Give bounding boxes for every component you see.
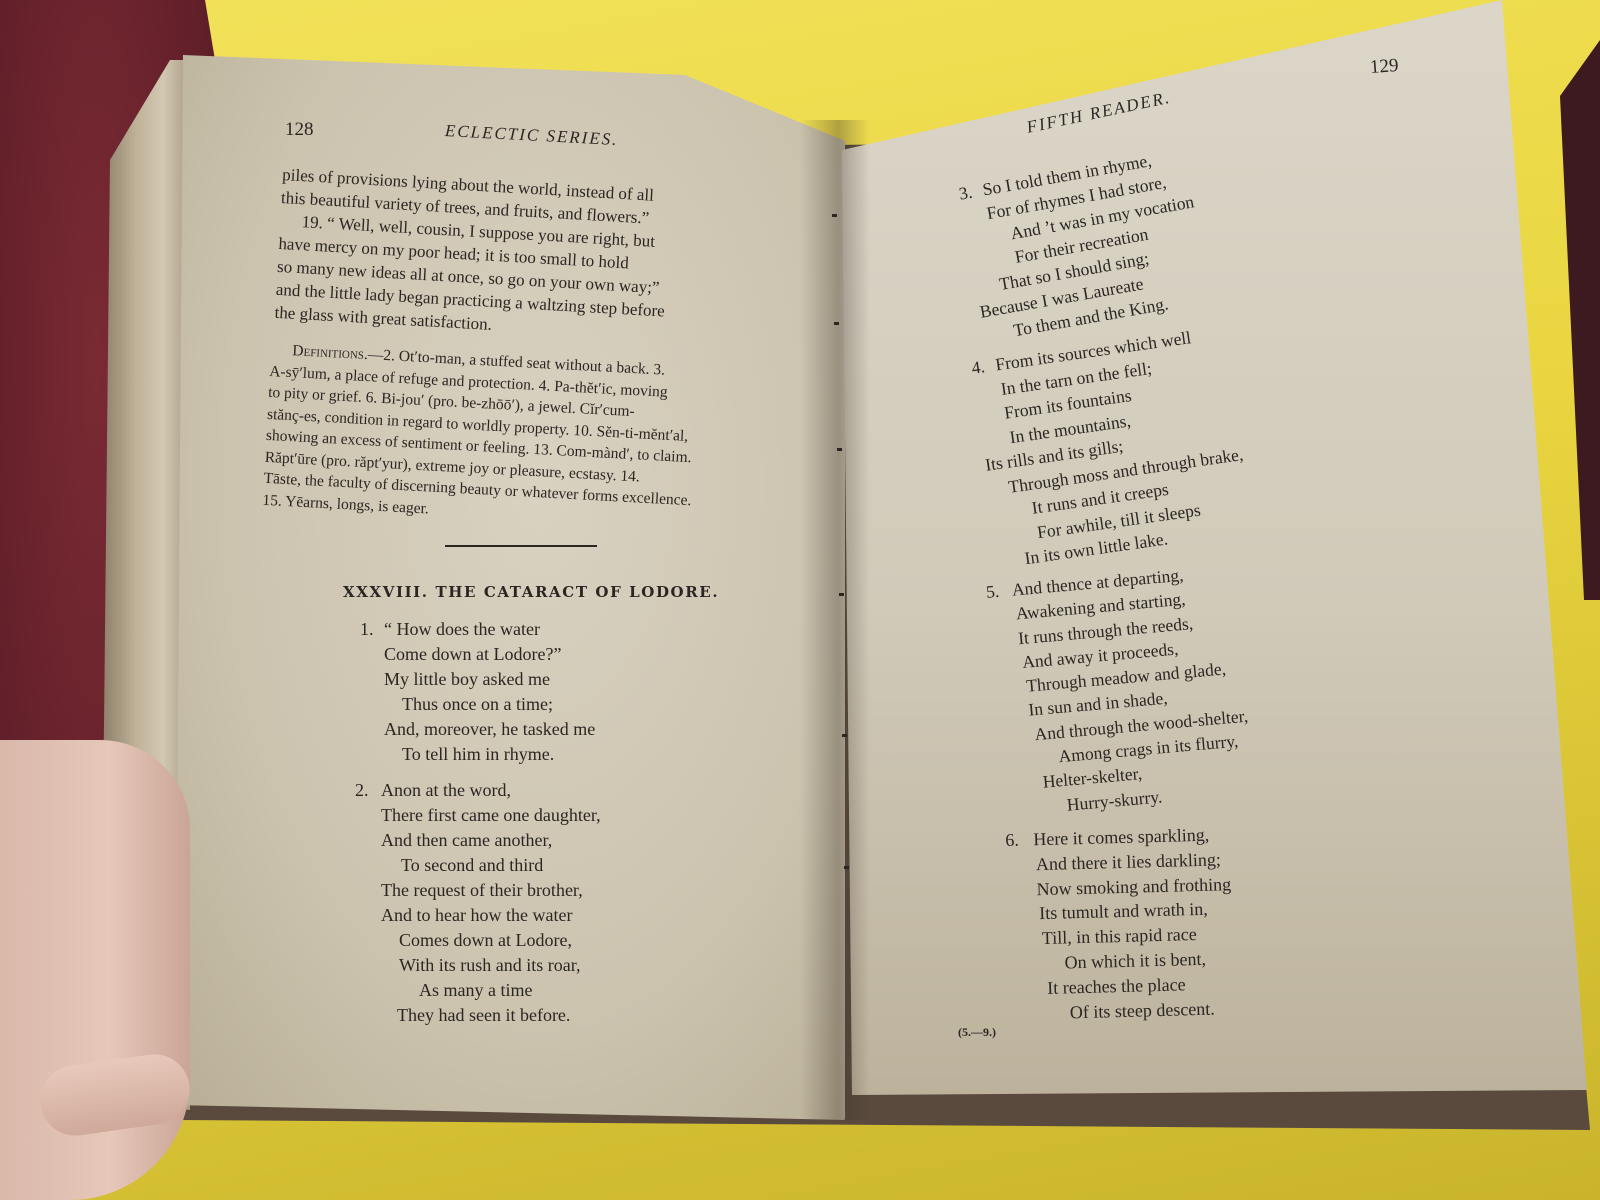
stanza-1: 1.“ How does the water Come down at Lodo…: [360, 617, 595, 767]
lesson-title: XXXVIII. THE CATARACT OF LODORE.: [343, 583, 719, 601]
stanza-3: 3.So I told them in rhyme, For of rhymes…: [957, 142, 1213, 347]
verse-line: They had seen it before.: [355, 1003, 601, 1028]
verse-line: Come down at Lodore?”: [360, 642, 595, 667]
verse-line: And then came another,: [355, 828, 601, 853]
verse-line: And to hear how the water: [355, 903, 601, 928]
verse-line: Anon at the word,: [381, 780, 511, 800]
stanza-2: 2.Anon at the word, There first came one…: [355, 778, 601, 1028]
verse-line: Here it comes sparkling,: [1033, 825, 1209, 850]
binding-stitch: [834, 322, 839, 325]
running-head: ECLECTIC SERIES.: [444, 121, 618, 150]
verse-line: To tell him in rhyme.: [360, 742, 595, 767]
binding-stitch: [844, 866, 849, 869]
definitions-label: Definitions.: [292, 342, 368, 363]
stanza-number: 2.: [355, 778, 381, 803]
binding-stitch: [839, 593, 844, 596]
verse-line: As many a time: [355, 978, 601, 1003]
stanza-number: 6.: [1005, 827, 1034, 853]
verse-line: Of its steep descent.: [1010, 996, 1235, 1027]
verse-line: Thus once on a time;: [360, 692, 595, 717]
book-gutter: [800, 120, 870, 1120]
binding-stitch: [842, 734, 847, 737]
verse-line: My little boy asked me: [360, 667, 595, 692]
binding-stitch: [832, 214, 837, 217]
binding-stitch: [837, 448, 842, 451]
prose-block: piles of provisions lying about the worl…: [274, 163, 672, 345]
definitions-block: Definitions.—2. Ot′to-man, a stuffed sea…: [262, 339, 699, 533]
signature-mark: (5.—9.): [958, 1025, 996, 1040]
verse-line: There first came one daughter,: [355, 803, 601, 828]
stanza-4: 4.From its sources which well In the tar…: [970, 320, 1255, 574]
right-page: 129 FIFTH READER. 3.So I told them in rh…: [842, 0, 1587, 1100]
verse-line: The request of their brother,: [355, 878, 601, 903]
stanza-number: 1.: [360, 617, 384, 642]
verse-line: With its rush and its roar,: [355, 953, 601, 978]
stanza-number: 5.: [985, 578, 1013, 604]
page-number: 129: [1369, 55, 1399, 79]
stanza-5: 5.And thence at departing, Awakening and…: [985, 558, 1255, 822]
left-page: 128 ECLECTIC SERIES. piles of provisions…: [165, 55, 845, 1125]
section-divider: [445, 545, 597, 547]
verse-line: And, moreover, he tasked me: [360, 717, 595, 742]
stanza-number: 4.: [970, 353, 997, 381]
stanza-6: 6.Here it comes sparkling, And there it …: [1005, 822, 1235, 1026]
verse-line: To second and third: [355, 853, 601, 878]
page-number: 128: [285, 119, 314, 141]
verse-line: “ How does the water: [384, 619, 540, 639]
verse-line: Comes down at Lodore,: [355, 928, 601, 953]
